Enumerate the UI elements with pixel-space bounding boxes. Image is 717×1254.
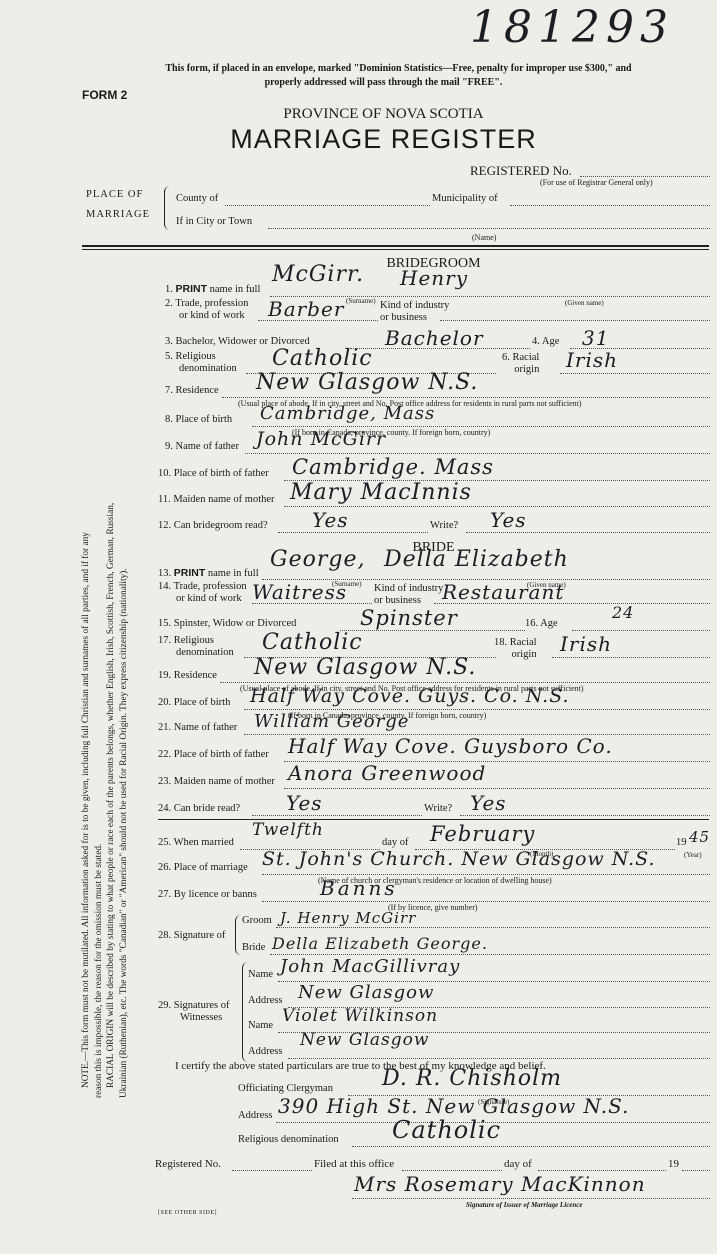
bride-trade[interactable]: Waitress [252, 580, 347, 604]
filed-day-field[interactable] [538, 1170, 666, 1171]
place-brace [164, 186, 171, 230]
year-prefix: 19 [676, 837, 687, 848]
county-label: County of [176, 193, 218, 204]
bride-given-name[interactable]: Della Elizabeth [384, 547, 569, 572]
municipality-label: Municipality of [432, 193, 498, 204]
marriage-month[interactable]: February [430, 822, 535, 846]
groom-industry[interactable] [440, 320, 710, 321]
witness1-name[interactable]: John MacGillivray [280, 956, 460, 977]
side-note-line4: Ukrainian (Ruthenian), etc. The words "C… [118, 228, 131, 1098]
groom-surname[interactable]: McGirr. [272, 262, 364, 287]
footer-registered-no-field[interactable] [232, 1170, 312, 1171]
bride-age[interactable]: 24 [612, 603, 634, 622]
marriage-day[interactable]: Twelfth [252, 820, 324, 840]
serial-number: 181293 [470, 2, 674, 53]
filed-day-of-label: day of [504, 1158, 532, 1170]
groom-industry-label: Kind of industry or business [380, 300, 449, 324]
municipality-field[interactable] [510, 205, 710, 206]
clergyman-religion-label: Religious denomination [238, 1134, 339, 1145]
witness2-address[interactable]: New Glasgow [300, 1030, 429, 1050]
given-name-note: (Given name) [565, 299, 604, 307]
marriage-licence[interactable]: Banns [320, 876, 398, 900]
bride-surname[interactable]: George, [270, 547, 365, 572]
place-of-marriage-label-1: PLACE OF [86, 189, 143, 200]
registered-no-note: (For use of Registrar General only) [540, 178, 653, 187]
place-of-marriage-label-2: MARRIAGE [86, 209, 150, 220]
side-note: NOTE.—This form must not be mutilated. A… [80, 228, 130, 1098]
witness1-address-label: Address [248, 995, 282, 1006]
bride-signature-label: Bride [242, 942, 265, 953]
groom-trade-label: 2. Trade, profession or kind of work [165, 298, 248, 322]
bride-religion[interactable]: Catholic [262, 630, 363, 655]
bride-father[interactable]: William George [254, 711, 409, 732]
groom-racial-origin[interactable]: Irish [566, 348, 618, 372]
groom-mother[interactable]: Mary MacInnis [290, 480, 472, 505]
bride-can-write[interactable]: Yes [470, 791, 507, 815]
side-note-line3: RACIAL ORIGIN will be described by stati… [105, 228, 118, 1098]
filed-label: Filed at this office [314, 1158, 394, 1170]
bride-signature[interactable]: Della Elizabeth George. [272, 934, 488, 953]
groom-trade[interactable]: Barber [268, 297, 344, 321]
groom-signature[interactable]: J. Henry McGirr [280, 909, 416, 927]
postal-notice-line1: This form, if placed in an envelope, mar… [0, 62, 717, 76]
groom-father[interactable]: John McGirr [256, 428, 386, 450]
side-note-line2: reason this is impossible, the reason fo… [93, 228, 106, 1098]
day-of-label: day of [382, 837, 409, 848]
page-title: MARRIAGE REGISTER [0, 124, 717, 155]
clergyman-address-label: Address [238, 1110, 272, 1121]
footer-registered-no-label: Registered No. [155, 1158, 221, 1170]
issuer-note: Signature of Issuer of Marriage Licence [466, 1201, 582, 1209]
groom-birthplace[interactable]: Cambridge, Mass [260, 403, 435, 424]
side-note-line1: NOTE.—This form must not be mutilated. A… [80, 228, 93, 1098]
bride-residence[interactable]: New Glasgow N.S. [254, 655, 476, 680]
city-field[interactable] [268, 228, 710, 229]
clergyman-address[interactable]: 390 High St. New Glasgow N.S. [278, 1094, 629, 1118]
marriage-place[interactable]: St. John's Church. New Glasgow N.S. [262, 848, 656, 870]
groom-can-read[interactable]: Yes [312, 508, 349, 532]
bride-status[interactable]: Spinster [360, 606, 458, 630]
bride-father-birthplace[interactable]: Half Way Cove. Guysboro Co. [288, 734, 613, 758]
registered-no-field[interactable] [580, 176, 710, 177]
surname-note: (Surname) [346, 297, 376, 305]
city-name-note: (Name) [472, 233, 496, 242]
issuer-signature[interactable]: Mrs Rosemary MacKinnon [354, 1172, 646, 1196]
bride-write-label: Write? [424, 803, 452, 814]
clergyman-label: Officiating Clergyman [238, 1083, 333, 1094]
groom-religion[interactable]: Catholic [272, 346, 373, 371]
witness1-address[interactable]: New Glasgow [298, 982, 434, 1003]
filed-year-field[interactable] [682, 1170, 710, 1171]
witness2-name[interactable]: Violet Wilkinson [282, 1006, 438, 1026]
divider [82, 249, 709, 250]
groom-name-label: 1. PRINT name in full [165, 283, 260, 295]
clergyman-religion[interactable]: Catholic [392, 1116, 501, 1144]
form-number: FORM 2 [82, 88, 127, 102]
province-title: PROVINCE OF NOVA SCOTIA [0, 106, 717, 123]
witness2-address-label: Address [248, 1046, 282, 1057]
groom-father-birthplace[interactable]: Cambridge. Mass [292, 455, 494, 479]
bride-racial-origin[interactable]: Irish [560, 632, 612, 656]
groom-signature-label: Groom [242, 915, 272, 926]
divider [158, 819, 709, 820]
witness1-name-label: Name [248, 969, 273, 980]
marriage-year[interactable]: 45 [689, 828, 710, 846]
groom-given-name[interactable]: Henry [400, 266, 468, 290]
groom-write-label: Write? [430, 520, 458, 531]
bride-mother[interactable]: Anora Greenwood [288, 761, 486, 785]
divider [82, 245, 709, 247]
bride-can-read[interactable]: Yes [286, 791, 323, 815]
registered-no-label: REGISTERED No. [470, 163, 572, 179]
county-field[interactable] [225, 205, 430, 206]
bride-industry[interactable]: Restaurant [442, 580, 564, 604]
groom-can-write[interactable]: Yes [490, 508, 527, 532]
see-other-side-note: [SEE OTHER SIDE] [158, 1210, 217, 1216]
groom-residence[interactable]: New Glasgow N.S. [256, 370, 478, 395]
groom-status[interactable]: Bachelor [385, 326, 484, 350]
witness2-name-label: Name [248, 1020, 273, 1031]
city-label: If in City or Town [176, 216, 252, 227]
year-note: (Year) [684, 851, 702, 859]
filed-year-prefix: 19 [668, 1158, 679, 1170]
groom-age[interactable]: 31 [582, 326, 609, 350]
clergyman-signature[interactable]: D. R. Chisholm [382, 1066, 562, 1091]
bride-birthplace[interactable]: Half Way Cove. Guys. Co. N.S. [250, 685, 570, 707]
filed-field[interactable] [402, 1170, 502, 1171]
